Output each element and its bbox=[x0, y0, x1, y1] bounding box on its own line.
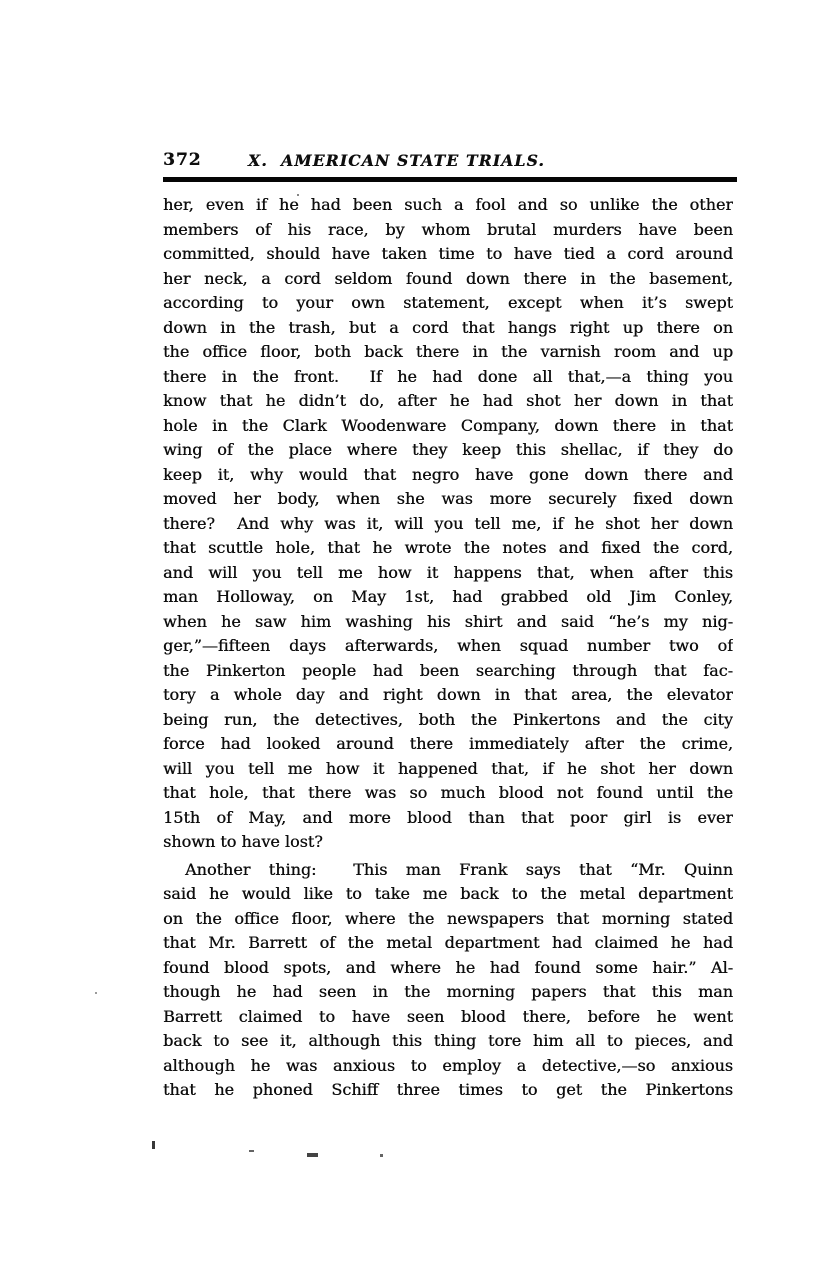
text-line: found blood spots, and where he had foun… bbox=[163, 956, 733, 981]
text-line: said he would like to take me back to th… bbox=[163, 882, 733, 907]
text-line: committed, should have taken time to hav… bbox=[163, 242, 733, 267]
scan-speck bbox=[249, 1150, 254, 1152]
text-block: her, even if he had been such a fool and… bbox=[163, 193, 733, 1103]
text-line: and will you tell me how it happens that… bbox=[163, 561, 733, 586]
text-line: Another thing: This man Frank says that … bbox=[163, 858, 733, 883]
text-line: on the office floor, where the newspaper… bbox=[163, 907, 733, 932]
scan-speck bbox=[307, 1153, 318, 1157]
text-line: know that he didn’t do, after he had sho… bbox=[163, 389, 733, 414]
scan-speck bbox=[152, 1141, 155, 1149]
header-rule bbox=[163, 177, 737, 182]
text-line: though he had seen in the morning papers… bbox=[163, 980, 733, 1005]
text-line: there in the front. If he had done all t… bbox=[163, 365, 733, 390]
text-line: will you tell me how it happened that, i… bbox=[163, 757, 733, 782]
text-line: hole in the Clark Woodenware Company, do… bbox=[163, 414, 733, 439]
text-line: the Pinkerton people had been searching … bbox=[163, 659, 733, 684]
text-line: although he was anxious to employ a dete… bbox=[163, 1054, 733, 1079]
text-line: wing of the place where they keep this s… bbox=[163, 438, 733, 463]
page-number: 372 bbox=[163, 150, 202, 170]
text-line: force had looked around there immediatel… bbox=[163, 732, 733, 757]
text-line: the office floor, both back there in the… bbox=[163, 340, 733, 365]
text-line: her, even if he had been such a fool and… bbox=[163, 193, 733, 218]
text-line: back to see it, although this thing tore… bbox=[163, 1029, 733, 1054]
text-line: ger,”—fifteen days afterwards, when squa… bbox=[163, 634, 733, 659]
text-line: 15th of May, and more blood than that po… bbox=[163, 806, 733, 831]
text-line: there? And why was it, will you tell me,… bbox=[163, 512, 733, 537]
scan-speck bbox=[380, 1154, 383, 1157]
running-head-title: X. AMERICAN STATE TRIALS. bbox=[248, 151, 545, 170]
text-line: according to your own statement, except … bbox=[163, 291, 733, 316]
text-line: that Mr. Barrett of the metal department… bbox=[163, 931, 733, 956]
scan-speck bbox=[95, 992, 97, 994]
text-line: when he saw him washing his shirt and sa… bbox=[163, 610, 733, 635]
text-line: that hole, that there was so much blood … bbox=[163, 781, 733, 806]
scan-speck bbox=[297, 194, 299, 196]
text-line: that scuttle hole, that he wrote the not… bbox=[163, 536, 733, 561]
paragraph: her, even if he had been such a fool and… bbox=[163, 193, 733, 855]
text-line: being run, the detectives, both the Pink… bbox=[163, 708, 733, 733]
text-line: moved her body, when she was more secure… bbox=[163, 487, 733, 512]
text-line: shown to have lost? bbox=[163, 830, 733, 855]
text-line: that he phoned Schiff three times to get… bbox=[163, 1078, 733, 1103]
text-line: her neck, a cord seldom found down there… bbox=[163, 267, 733, 292]
text-line: tory a whole day and right down in that … bbox=[163, 683, 733, 708]
text-line: man Holloway, on May 1st, had grabbed ol… bbox=[163, 585, 733, 610]
text-line: keep it, why would that negro have gone … bbox=[163, 463, 733, 488]
text-line: members of his race, by whom brutal murd… bbox=[163, 218, 733, 243]
paragraph: Another thing: This man Frank says that … bbox=[163, 858, 733, 1103]
text-line: Barrett claimed to have seen blood there… bbox=[163, 1005, 733, 1030]
book-page-scan: 372 X. AMERICAN STATE TRIALS. her, even … bbox=[0, 0, 836, 1284]
text-line: down in the trash, but a cord that hangs… bbox=[163, 316, 733, 341]
